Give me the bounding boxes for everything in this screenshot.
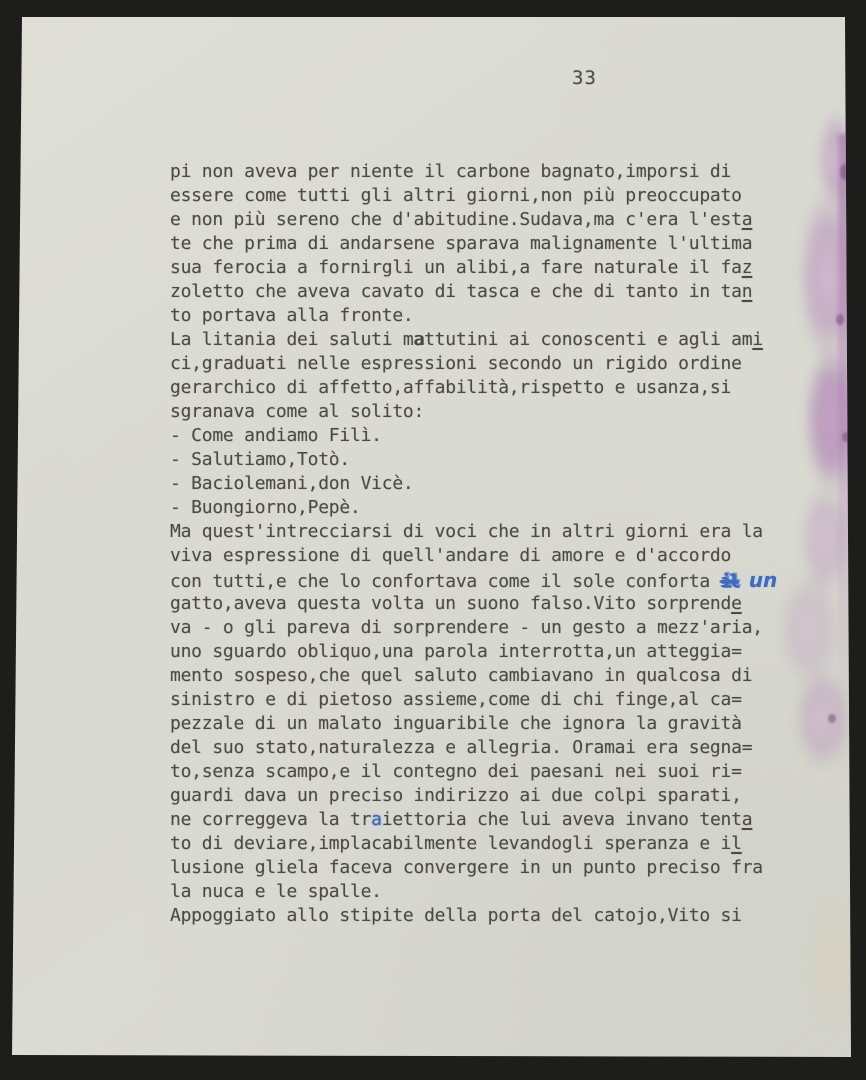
underlined-segment: i [752, 329, 763, 350]
text-segment: e non più sereno che d'abitudine.Sudava,… [170, 209, 742, 230]
text-segment: te che prima di andarsene sparava malign… [170, 233, 752, 254]
text-line: ci,graduati nelle espressioni secondo un… [170, 352, 810, 376]
text-line: - Buongiorno,Pepè. [170, 496, 810, 520]
text-segment: sgranava come al solito: [170, 401, 424, 422]
blue-scribble-strikeout: il [721, 571, 739, 592]
blue-corrected-letter: a [371, 809, 382, 830]
text-segment: con tutti,e che lo confortava come il so… [170, 571, 721, 592]
text-line: la nuca e le spalle. [170, 880, 810, 904]
text-line: to portava alla fronte. [170, 304, 810, 328]
text-segment: Appoggiato allo stipite della porta del … [170, 905, 742, 926]
page-number: 33 [572, 67, 597, 89]
overstruck-segment: a [414, 329, 425, 350]
text-line: sinistro e di pietoso assieme,come di ch… [170, 688, 810, 712]
text-segment: - Baciolemani,don Vicè. [170, 473, 414, 494]
text-line: lusione gliela faceva convergere in un p… [170, 856, 810, 880]
text-segment: essere come tutti gli altri giorni,non p… [170, 185, 742, 206]
text-segment [738, 571, 749, 592]
text-line: gerarchico di affetto,affabilità,rispett… [170, 376, 810, 400]
underlined-segment: e [731, 593, 742, 614]
text-segment: to di deviare,implacabilmente levandogli… [170, 833, 731, 854]
text-segment: ttutini ai conoscenti e agli am [424, 329, 752, 350]
text-line: essere come tutti gli altri giorni,non p… [170, 184, 810, 208]
text-line: Appoggiato allo stipite della porta del … [170, 904, 810, 928]
text-segment: - Salutiamo,Totò. [170, 449, 350, 470]
text-line: va - o gli pareva di sorprendere - un ge… [170, 616, 810, 640]
text-segment: del suo stato,naturalezza e allegria. Or… [170, 737, 752, 758]
typewritten-page: 33 pi non aveva per niente il carbone ba… [12, 14, 851, 1060]
text-line: zoletto che aveva cavato di tasca e che … [170, 280, 810, 304]
text-segment: sinistro e di pietoso assieme,come di ch… [170, 689, 742, 710]
underlined-segment: a [742, 209, 753, 230]
text-line: viva espressione di quell'andare di amor… [170, 544, 810, 568]
text-segment: iettoria che lui aveva invano tent [382, 809, 742, 830]
stain-speck [828, 714, 836, 723]
text-segment: zoletto che aveva cavato di tasca e che … [170, 281, 742, 302]
text-segment: - Come andiamo Filì. [170, 425, 382, 446]
underlined-segment: a [742, 809, 753, 830]
text-line: to di deviare,implacabilmente levandogli… [170, 832, 810, 856]
text-line: e non più sereno che d'abitudine.Sudava,… [170, 208, 810, 232]
text-line: Ma quest'intrecciarsi di voci che in alt… [170, 520, 810, 544]
underlined-segment: l [731, 833, 742, 854]
text-segment: guardi dava un preciso indirizzo ai due … [170, 785, 742, 806]
text-line: - Salutiamo,Totò. [170, 448, 810, 472]
text-segment: Ma quest'intrecciarsi di voci che in alt… [170, 521, 763, 542]
text-line: te che prima di andarsene sparava malign… [170, 232, 810, 256]
text-line: to,senza scampo,e il contegno dei paesan… [170, 760, 810, 784]
text-line: pi non aveva per niente il carbone bagna… [170, 160, 810, 184]
text-line: gatto,aveva questa volta un suono falso.… [170, 592, 810, 616]
text-segment: ne correggeva la tr [170, 809, 371, 830]
text-segment: va - o gli pareva di sorprendere - un ge… [170, 617, 763, 638]
text-segment: sua ferocia a fornirgli un alibi,a fare … [170, 257, 742, 278]
text-segment: mento sospeso,che quel saluto cambiavano… [170, 665, 752, 686]
text-line: - Baciolemani,don Vicè. [170, 472, 810, 496]
underlined-segment: n [742, 281, 753, 302]
text-line: mento sospeso,che quel saluto cambiavano… [170, 664, 810, 688]
stain-blob [810, 894, 854, 1029]
text-line: pezzale di un malato inguaribile che ign… [170, 712, 810, 736]
text-line: - Come andiamo Filì. [170, 424, 810, 448]
text-segment: lusione gliela faceva convergere in un p… [170, 857, 763, 878]
text-segment: uno sguardo obliquo,una parola interrott… [170, 641, 742, 662]
text-line: sua ferocia a fornirgli un alibi,a fare … [170, 256, 810, 280]
text-line: uno sguardo obliquo,una parola interrott… [170, 640, 810, 664]
text-line: sgranava come al solito: [170, 400, 810, 424]
text-line: con tutti,e che lo confortava come il so… [170, 568, 810, 592]
blue-handwritten-word: un [749, 568, 777, 592]
text-segment: viva espressione di quell'andare di amor… [170, 545, 731, 566]
text-segment: gatto,aveva questa volta un suono falso.… [170, 593, 731, 614]
text-segment: pezzale di un malato inguaribile che ign… [170, 713, 742, 734]
text-segment: - Buongiorno,Pepè. [170, 497, 361, 518]
text-segment: to,senza scampo,e il contegno dei paesan… [170, 761, 742, 782]
text-line: del suo stato,naturalezza e allegria. Or… [170, 736, 810, 760]
text-line: ne correggeva la traiettoria che lui ave… [170, 808, 810, 832]
text-segment: ci,graduati nelle espressioni secondo un… [170, 353, 742, 374]
stain-speck [836, 314, 844, 325]
typewritten-text-block: pi non aveva per niente il carbone bagna… [170, 160, 810, 928]
underlined-segment: z [742, 257, 753, 278]
text-segment: La litania dei saluti m [170, 329, 414, 350]
text-segment: la nuca e le spalle. [170, 881, 382, 902]
text-segment: pi non aveva per niente il carbone bagna… [170, 161, 731, 182]
text-line: guardi dava un preciso indirizzo ai due … [170, 784, 810, 808]
text-line: La litania dei saluti mattutini ai conos… [170, 328, 810, 352]
text-segment: to portava alla fronte. [170, 305, 414, 326]
text-segment: gerarchico di affetto,affabilità,rispett… [170, 377, 731, 398]
